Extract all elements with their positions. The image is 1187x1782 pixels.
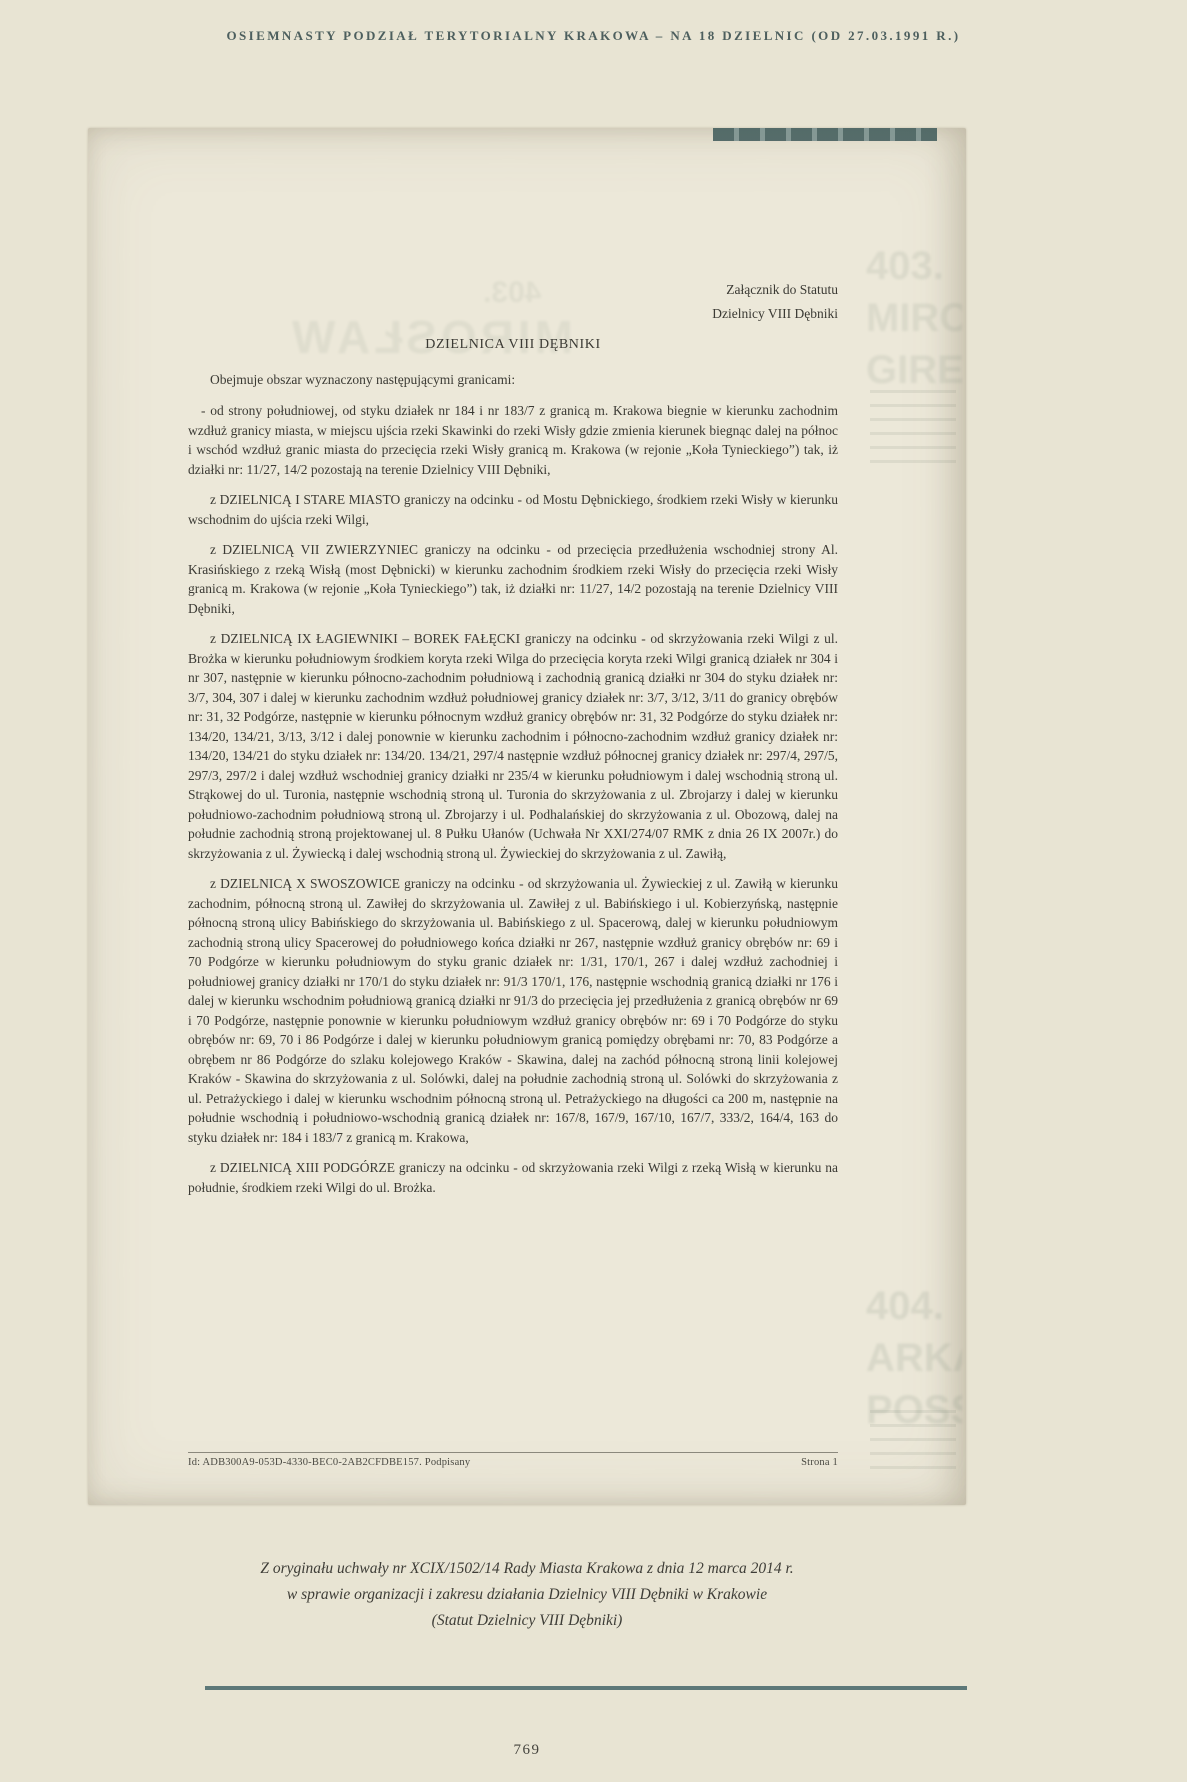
document-footer: Id: ADB300A9-053D-4330-BEC0-2AB2CFDBE157… (188, 1452, 838, 1468)
running-head: OSIEMNASTY PODZIAŁ TERYTORIALNY KRAKOWA … (0, 28, 1187, 44)
paragraph-district-13: z DZIELNICĄ XIII PODGÓRZE graniczy na od… (188, 1158, 838, 1197)
ghost-smalltext-bottom (870, 1410, 956, 1472)
book-page-number: 769 (88, 1742, 966, 1759)
ghost-smalltext-top (870, 390, 956, 464)
document-body: Załącznik do Statutu Dzielnicy VIII Dębn… (188, 278, 838, 1208)
attachment-note-line1: Załącznik do Statutu (188, 278, 838, 302)
paragraph-south-boundary: - od strony południowej, od styku działe… (188, 401, 838, 479)
paragraph-district-10: z DZIELNICĄ X SWOSZOWICE graniczy na odc… (188, 874, 838, 1147)
paragraph-district-9: z DZIELNICĄ IX ŁAGIEWNIKI – BOREK FAŁĘCK… (188, 629, 838, 863)
source-caption: Z oryginału uchwały nr XCIX/1502/14 Rady… (88, 1556, 966, 1634)
scan-artifact-band (713, 128, 937, 141)
caption-line-1: Z oryginału uchwały nr XCIX/1502/14 Rady… (88, 1556, 966, 1582)
paragraph-district-7: z DZIELNICĄ VII ZWIERZYNIEC graniczy na … (188, 540, 838, 618)
decorative-rule (205, 1686, 967, 1690)
document-id-text: Id: ADB300A9-053D-4330-BEC0-2AB2CFDBE157… (188, 1457, 470, 1468)
intro-line: Obejmuje obszar wyznaczony następującymi… (188, 370, 838, 390)
ghost-edge-top: 403. MIROSŁAW GIREL A (866, 240, 962, 396)
document-title: DZIELNICA VIII DĘBNIKI (188, 335, 838, 355)
attachment-note-line2: Dzielnicy VIII Dębniki (188, 302, 838, 326)
caption-line-3: (Statut Dzielnicy VIII Dębniki) (88, 1608, 966, 1634)
scanned-document-page: 403. MIROSŁAW 403. MIROSŁAW GIREL A 404.… (88, 128, 966, 1505)
caption-line-2: w sprawie organizacji i zakresu działani… (88, 1582, 966, 1608)
document-page-label: Strona 1 (801, 1457, 838, 1468)
paragraph-district-1: z DZIELNICĄ I STARE MIASTO graniczy na o… (188, 490, 838, 529)
